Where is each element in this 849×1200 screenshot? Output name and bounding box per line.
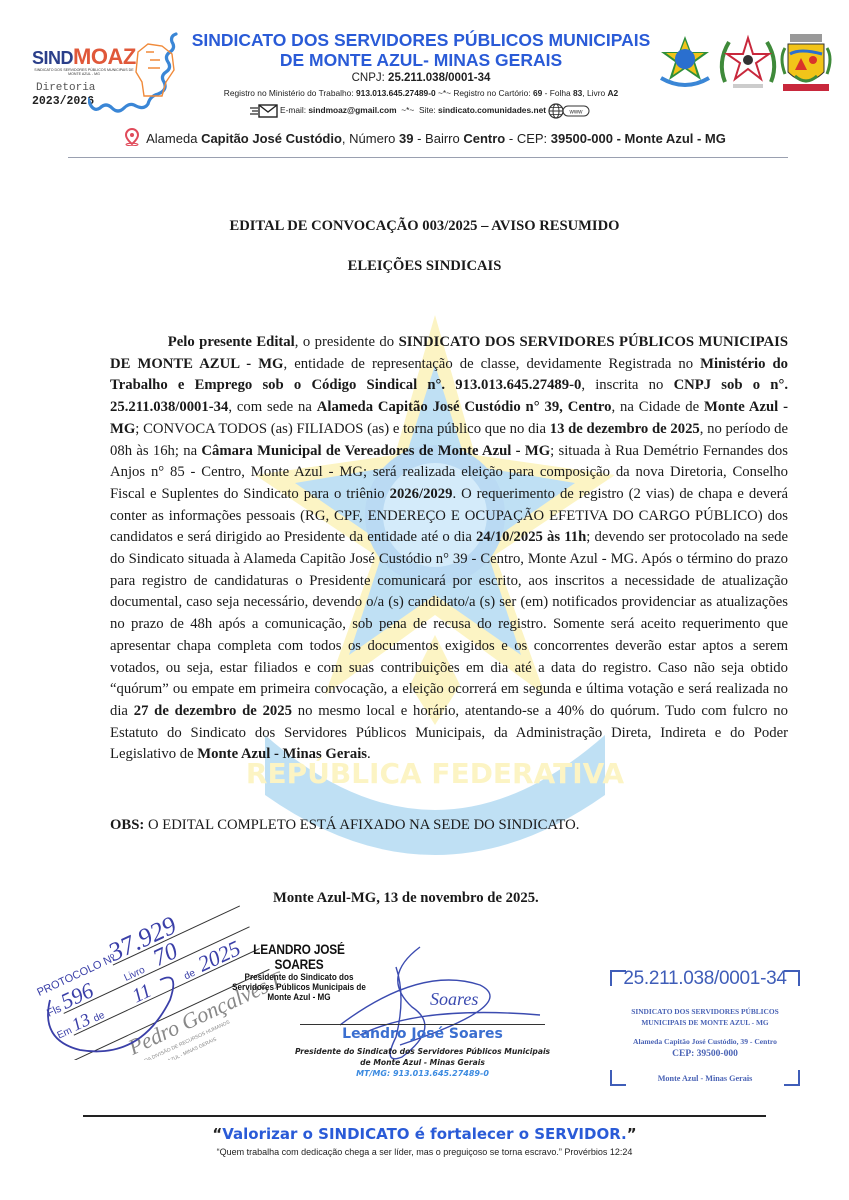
svg-text:13: 13	[69, 1009, 94, 1035]
email-link[interactable]: sindmoaz@gmail.com	[308, 105, 396, 115]
signature-line	[300, 1024, 545, 1025]
footer-divider	[83, 1115, 766, 1117]
header-contact: E-mail: sindmoaz@gmail.com ~*~ Site: sin…	[176, 103, 666, 119]
svg-text:Soares: Soares	[430, 989, 478, 1009]
minas-gerais-coat-of-arms-icon	[722, 38, 774, 88]
coats-of-arms	[655, 32, 835, 98]
svg-text:de: de	[92, 1010, 107, 1025]
document-body: Pelo presente Edital, o presidente do SI…	[110, 332, 788, 766]
email-icon	[250, 104, 278, 118]
obs-note: OBS: O EDITAL COMPLETO ESTÁ AFIXADO NA S…	[110, 817, 750, 834]
body-paragraph: Pelo presente Edital, o presidente do SI…	[110, 332, 788, 766]
header-divider	[68, 157, 788, 158]
svg-text:de: de	[182, 967, 197, 982]
signer-name: Leandro José Soares	[290, 1026, 555, 1042]
board-term: 2023/2026	[32, 95, 94, 108]
globe-www-icon: www	[548, 103, 592, 119]
footer-verse: “Quem trabalha com dedicação chega a ser…	[0, 1147, 849, 1157]
place-date: Monte Azul-MG, 13 de novembro de 2025.	[273, 890, 539, 907]
svg-text:www: www	[569, 110, 584, 116]
monte-azul-coat-of-arms-icon	[782, 34, 830, 91]
board-label: Diretoria	[36, 82, 95, 94]
header-address: Alameda Capitão José Custódio, Número 39…	[60, 128, 790, 146]
header-registry: Registro no Ministério do Trabalho: 913.…	[176, 88, 666, 98]
brazil-coat-of-arms-icon	[661, 36, 709, 85]
signer-role: Presidente do Sindicato dos Servidores P…	[290, 1046, 555, 1068]
document-title: EDITAL DE CONVOCAÇÃO 003/2025 – AVISO RE…	[0, 218, 849, 235]
location-pin-icon	[124, 128, 140, 146]
site-link[interactable]: sindicato.comunidades.net	[438, 105, 546, 115]
signer-registry: MT/MG: 913.013.645.27489-0	[290, 1069, 555, 1078]
document-subtitle: ELEIÇÕES SINDICAIS	[0, 258, 849, 275]
footer-motto: “Valorizar o SINDICATO é fortalecer o SE…	[0, 1125, 849, 1143]
org-name: SINDICATO DOS SERVIDORES PÚBLICOS MUNICI…	[176, 30, 666, 70]
header-cnpj: CNPJ: 25.211.038/0001-34	[176, 72, 666, 84]
cnpj-stamp: 25.211.038/0001-34 SINDICATO DOS SERVIDO…	[610, 968, 800, 1090]
